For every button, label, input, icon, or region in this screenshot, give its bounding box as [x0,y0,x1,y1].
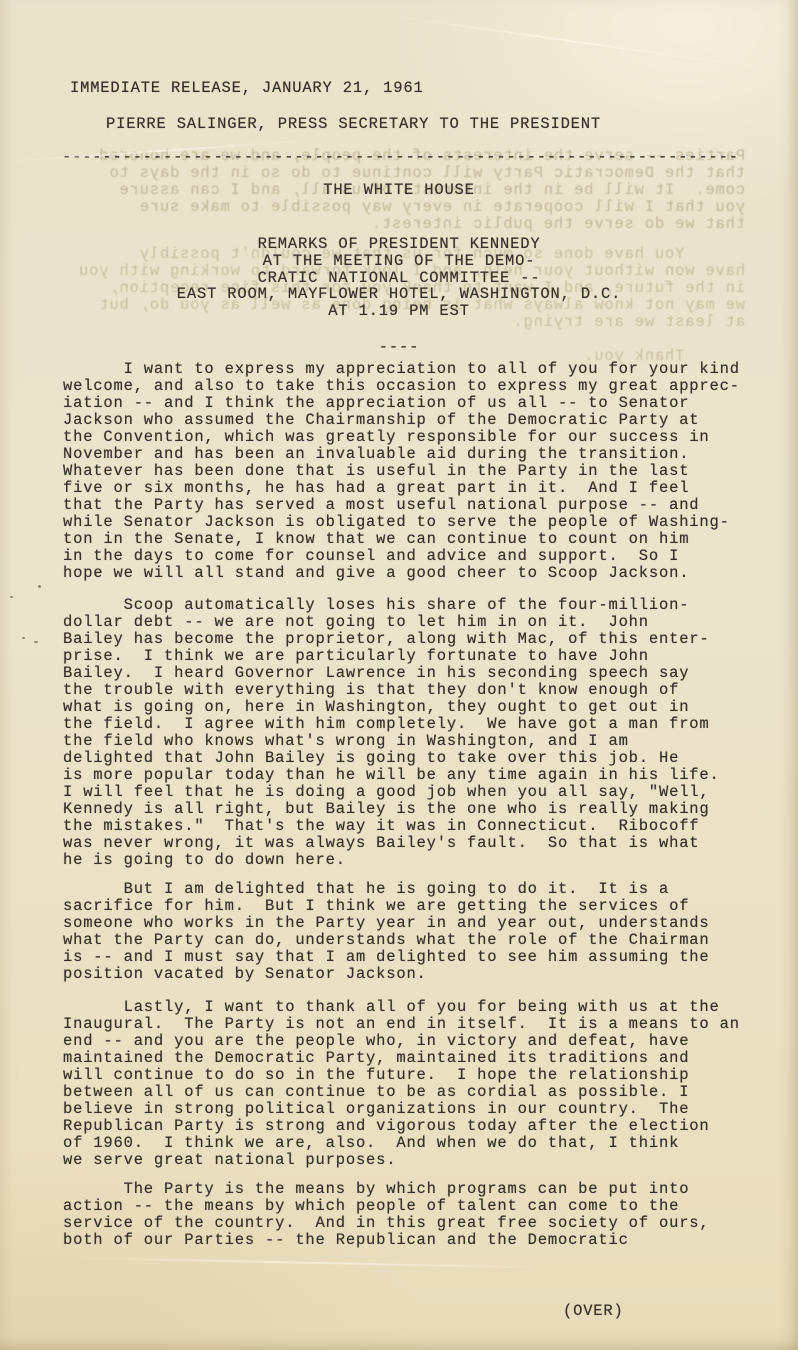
paragraph-3: But I am delighted that he is going to d… [63,881,710,983]
ink-speck [22,637,25,639]
paragraph-1: I want to express my appreciation to all… [63,361,740,582]
document-page: Parties -- serve the interests of the pe… [0,0,798,1350]
ink-speck [10,596,13,598]
issuing-office-line: THE WHITE HOUSE [63,182,735,199]
paper-crease [382,14,759,69]
release-line: IMMEDIATE RELEASE, JANUARY 21, 1961 [70,80,424,97]
ink-speck [95,573,97,575]
section-divider: ---- [63,339,735,356]
paper-crease [60,1257,580,1270]
dashed-separator: ----------------------------------------… [62,149,739,166]
paragraph-4: Lastly, I want to thank all of you for b… [63,999,740,1169]
press-secretary-line: PIERRE SALINGER, PRESS SECRETARY TO THE … [106,116,601,133]
ink-speck [34,641,38,643]
paragraph-5: The Party is the means by which programs… [63,1181,710,1249]
over-label: (OVER) [563,1303,624,1320]
ink-speck [38,585,41,588]
document-title: REMARKS OF PRESIDENT KENNEDY AT THE MEET… [63,236,735,320]
paragraph-2: Scoop automatically loses his share of t… [63,597,720,869]
